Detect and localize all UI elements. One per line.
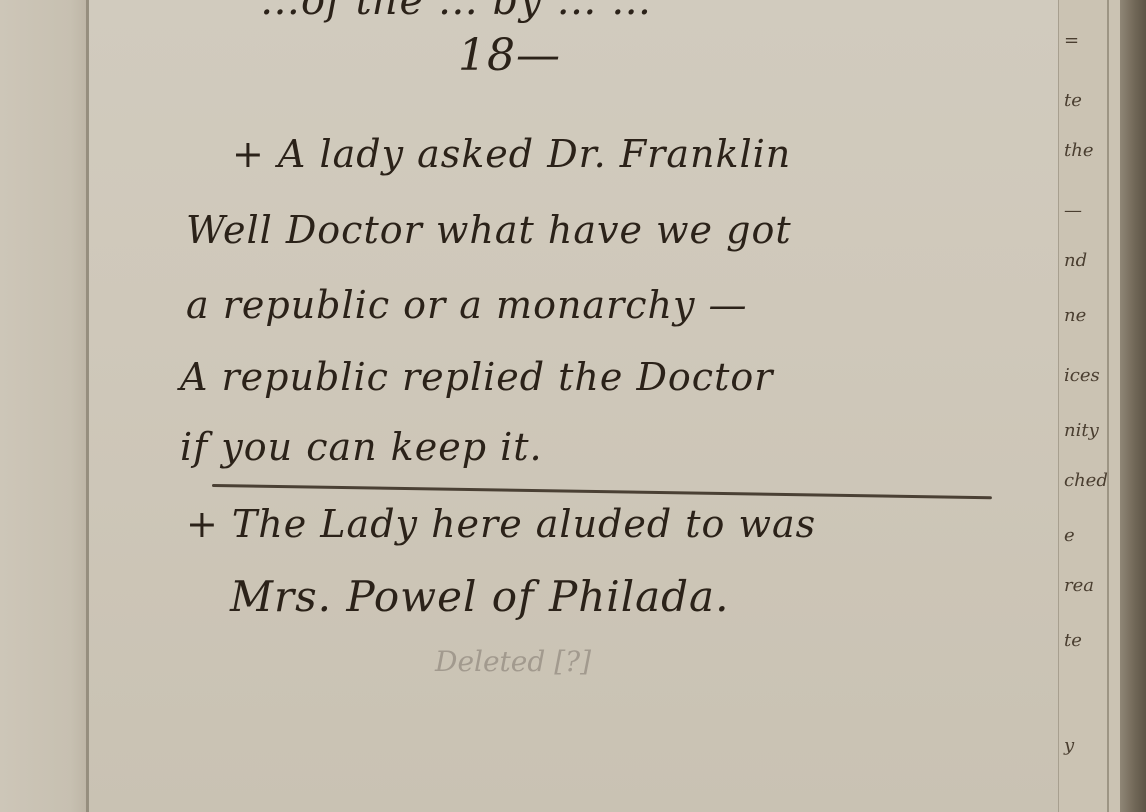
footnote-line-2: Mrs. Powel of Philada. <box>230 572 729 621</box>
edge-fragment: nd <box>1064 250 1087 271</box>
edge-fragment: ices <box>1064 365 1100 386</box>
manuscript-page <box>89 0 1059 812</box>
cropped-top-line: …of the … by … … <box>260 0 652 24</box>
text-line-3: a republic or a monarchy — <box>186 283 748 327</box>
book-spine-shadow <box>1120 0 1146 812</box>
text-line-1: + A lady asked Dr. Franklin <box>232 132 791 176</box>
left-facing-page <box>0 0 88 812</box>
edge-fragment: ched <box>1064 470 1108 491</box>
underlying-page-edge <box>1058 0 1121 812</box>
edge-fragment: e <box>1064 525 1075 546</box>
edge-fragment: y <box>1064 735 1074 756</box>
edge-fragment: the <box>1064 140 1093 161</box>
page-number: 18— <box>458 30 561 81</box>
pencil-annotation: Deleted [?] <box>435 645 591 678</box>
edge-fragment: ne <box>1064 305 1086 326</box>
edge-fragment: = <box>1064 30 1079 51</box>
edge-fragment: — <box>1064 200 1082 221</box>
text-line-2: Well Doctor what have we got <box>186 208 792 252</box>
underlying-page-rule <box>1107 0 1109 812</box>
edge-fragment: te <box>1064 630 1082 651</box>
text-line-5: if you can keep it. <box>180 425 543 469</box>
edge-fragment: rea <box>1064 575 1094 596</box>
edge-fragment: nity <box>1064 420 1099 441</box>
footnote-line-1: + The Lady here aluded to was <box>186 502 816 546</box>
edge-fragment: te <box>1064 90 1082 111</box>
text-line-4: A republic replied the Doctor <box>180 355 773 399</box>
